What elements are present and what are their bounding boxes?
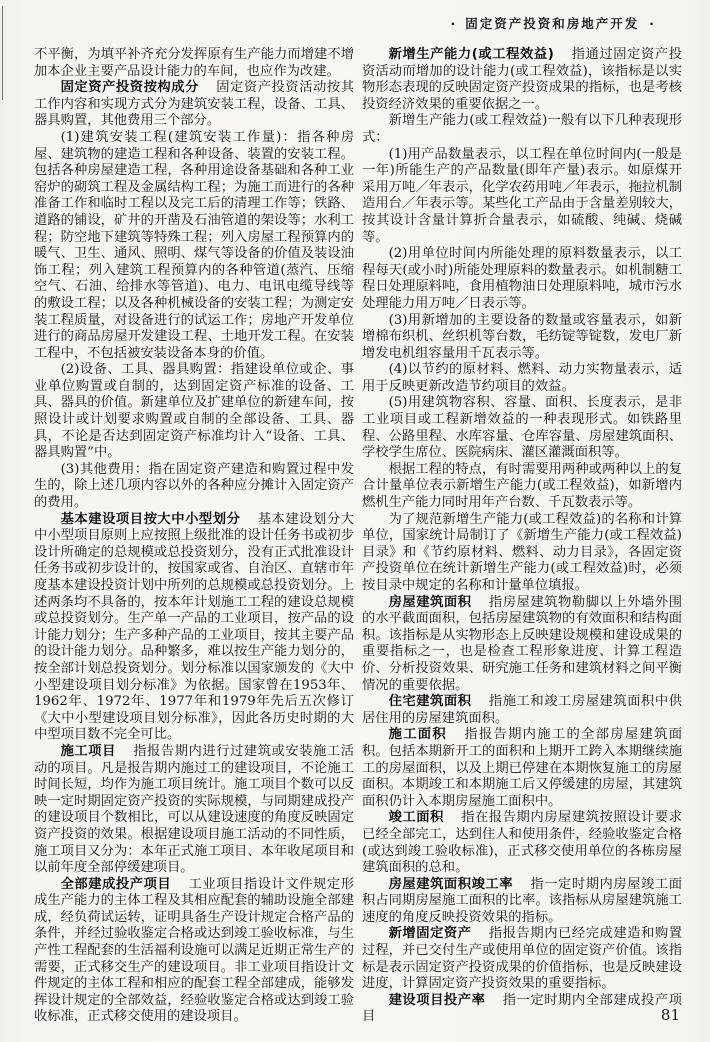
definition-paragraph: 固定资产投资按构成分固定资产投资活动按其工作内容和实现方式分为建筑安装工程，设备…: [34, 80, 354, 130]
definition-paragraph: 建设项目投产率指一定时期内全部建成投产项目: [362, 993, 682, 1026]
paragraph-text: 不平衡，为填平补齐充分发挥原有生产能力而增建不增加本企业主要产品设计能力的车间，…: [34, 47, 354, 79]
paragraph-text: (5)用建筑物容积、容量、面积、长度表示，是非工业项目或工程新增效益的一种表现形…: [362, 395, 682, 460]
page-footer: 81: [661, 1006, 680, 1024]
term-label: 固定资产投资按构成分: [61, 80, 199, 95]
paragraph-text: 工业项目指设计文件规定形成生产能力的主体工程及其相应配套的辅助设施全部建成，经负…: [34, 877, 354, 1025]
paragraph-text: (2)设备、工具、器具购置：指建设单位或企、事业单位购置或自制的，达到固定资产标…: [34, 362, 354, 460]
definition-paragraph: 全部建成投产项目工业项目指设计文件规定形成生产能力的主体工程及其相应配套的辅助设…: [34, 877, 354, 1026]
definition-paragraph: 新增生产能力(或工程效益)指通过固定资产投资活动而增加的设计能力(或工程效益)，…: [362, 47, 682, 113]
term-label: 住宅建筑面积: [389, 694, 472, 709]
book-page: ·固定资产投资和房地产开发· 不平衡，为填平补齐充分发挥原有生产能力而增建不增加…: [0, 0, 710, 1042]
paragraph-text: (1)用产品数量表示，以工程在单位时间内(一般是一年)所能生产的产品数量(即年产…: [362, 147, 682, 245]
text-columns: 不平衡，为填平补齐充分发挥原有生产能力而增建不增加本企业主要产品设计能力的车间，…: [34, 47, 682, 1026]
paragraph-text: (2)用单位时间内所能处理的原料数量表示，以工程每天(或小时)所能处理原料的数量…: [362, 246, 682, 311]
definition-paragraph: 住宅建筑面积指施工和竣工房屋建筑面积中供居住用的房屋建筑面积。: [362, 694, 682, 727]
term-label: 房屋建筑面积: [389, 595, 472, 610]
paragraph: (5)用建筑物容积、容量、面积、长度表示，是非工业项目或工程新增效益的一种表现形…: [362, 395, 682, 461]
header-bullet-right: ·: [649, 16, 654, 31]
paragraph-text: 为了规范新增生产能力(或工程效益)的名称和计算单位，国家统计局制订了《新增生产能…: [362, 512, 682, 593]
right-column: 新增生产能力(或工程效益)指通过固定资产投资活动而增加的设计能力(或工程效益)，…: [362, 47, 682, 1026]
term-label: 新增生产能力(或工程效益): [389, 47, 554, 62]
definition-paragraph: 竣工面积指在报告期内房屋建筑按照设计要求已经全部完工，达到住人和使用条件，经验收…: [362, 810, 682, 876]
definition-paragraph: 房屋建筑面积竣工率指一定时期内房屋竣工面积占同期房屋施工面积的比率。该指标从房屋…: [362, 877, 682, 927]
term-label: 房屋建筑面积竣工率: [389, 877, 514, 892]
paragraph: (2)用单位时间内所能处理的原料数量表示，以工程每天(或小时)所能处理原料的数量…: [362, 246, 682, 312]
paragraph: 新增生产能力(或工程效益)一般有以下几种表现形式：: [362, 113, 682, 146]
term-label: 施工项目: [61, 744, 116, 759]
paragraph: (1)用产品数量表示，以工程在单位时间内(一般是一年)所能生产的产品数量(即年产…: [362, 147, 682, 247]
paragraph-text: (3)用新增加的主要设备的数量或容量表示，如新增棉布织机、丝织机等台数，毛纺锭等…: [362, 313, 682, 361]
definition-paragraph: 施工项目指报告期内进行过建筑或安装施工活动的项目。凡是报告期内施过工的建设项目，…: [34, 744, 354, 877]
paragraph: (3)用新增加的主要设备的数量或容量表示，如新增棉布织机、丝织机等台数，毛纺锭等…: [362, 313, 682, 363]
definition-paragraph: 基本建设项目按大中小型划分基本建设划分大中小型项目原则上应按照上级批准的设计任务…: [34, 512, 354, 744]
term-label: 新增固定资产: [389, 926, 472, 941]
paragraph-text: 新增生产能力(或工程效益)一般有以下几种表现形式：: [362, 113, 682, 145]
paragraph-text: 根据工程的特点，有时需要用两种或两种以上的复合计量单位表示新增生产能力(或工程效…: [362, 462, 682, 510]
page-header: ·固定资产投资和房地产开发·: [0, 14, 664, 32]
term-label: 竣工面积: [389, 810, 444, 825]
paragraph: (1)建筑安装工程(建筑安装工作量)：指各种房屋、建筑物的建造工程和各种设备、装…: [34, 130, 354, 362]
paragraph: (3)其他费用：指在固定资产建造和购置过程中发生的，除上述几项内容以外的各种应分…: [34, 462, 354, 512]
header-bullet-left: ·: [450, 16, 455, 31]
header-title: 固定资产投资和房地产开发: [465, 16, 639, 31]
definition-paragraph: 施工面积指报告期内施工的全部房屋建筑面积。包括本期新开工的面积和上期开工跨入本期…: [362, 727, 682, 810]
paragraph: 为了规范新增生产能力(或工程效益)的名称和计算单位，国家统计局制订了《新增生产能…: [362, 512, 682, 595]
paragraph: 根据工程的特点，有时需要用两种或两种以上的复合计量单位表示新增生产能力(或工程效…: [362, 462, 682, 512]
paragraph-text: (4)以节约的原材料、燃料、动力实物量表示，适用于反映更新改造节约项目的效益。: [362, 362, 682, 394]
paragraph: 不平衡，为填平补齐充分发挥原有生产能力而增建不增加本企业主要产品设计能力的车间，…: [34, 47, 354, 80]
term-label: 施工面积: [389, 727, 447, 742]
term-label: 建设项目投产率: [389, 993, 486, 1008]
paragraph-text: 指报告期内进行过建筑或安装施工活动的项目。凡是报告期内施过工的建设项目，不论施工…: [34, 744, 354, 875]
paragraph-text: (3)其他费用：指在固定资产建造和购置过程中发生的，除上述几项内容以外的各种应分…: [34, 462, 354, 510]
term-label: 基本建设项目按大中小型划分: [61, 512, 241, 527]
paragraph-text: (1)建筑安装工程(建筑安装工作量)：指各种房屋、建筑物的建造工程和各种设备、装…: [34, 130, 354, 361]
left-column: 不平衡，为填平补齐充分发挥原有生产能力而增建不增加本企业主要产品设计能力的车间，…: [34, 47, 354, 1026]
page-number: 81: [661, 1006, 680, 1024]
definition-paragraph: 新增固定资产指报告期内已经完成建造和购置过程，并已交付生产或使用单位的固定资产价…: [362, 926, 682, 992]
term-label: 全部建成投产项目: [61, 877, 172, 892]
definition-paragraph: 房屋建筑面积指房屋建筑物勒脚以上外墙外围的水平截面面积，包括房屋建筑物的有效面积…: [362, 595, 682, 695]
paragraph-text: 基本建设划分大中小型项目原则上应按照上级批准的设计任务书或初步设计所确定的总规模…: [34, 512, 354, 743]
paragraph: (4)以节约的原材料、燃料、动力实物量表示，适用于反映更新改造节约项目的效益。: [362, 362, 682, 395]
paragraph: (2)设备、工具、器具购置：指建设单位或企、事业单位购置或自制的，达到固定资产标…: [34, 362, 354, 462]
